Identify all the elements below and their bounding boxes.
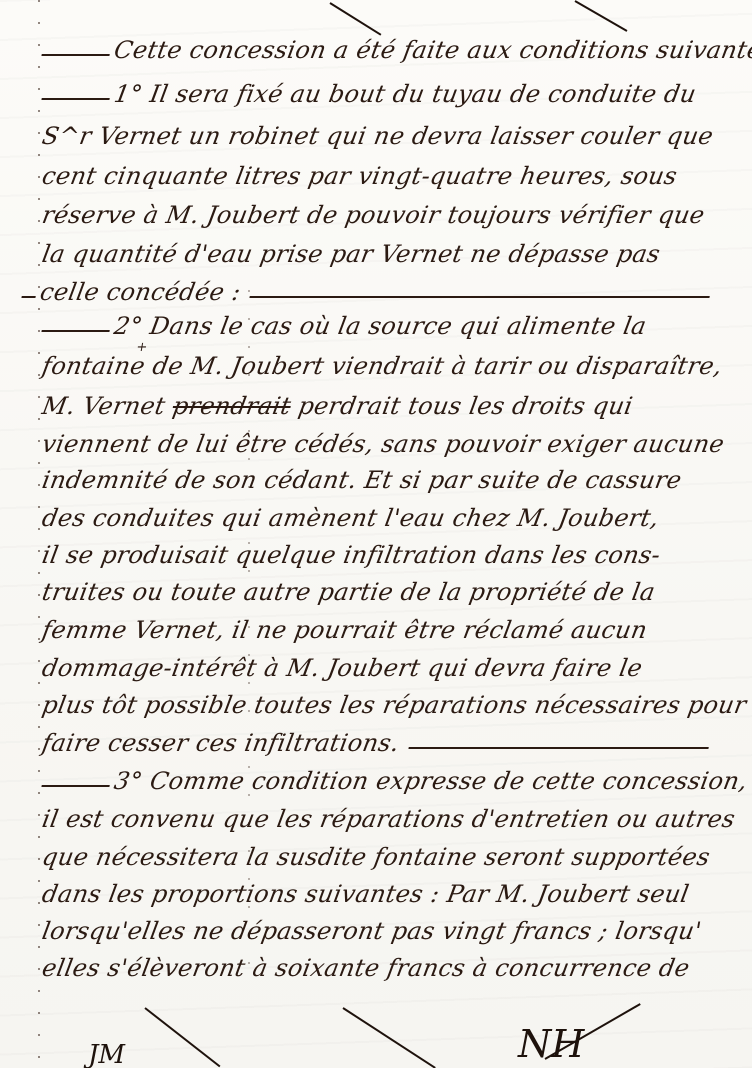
initials-right: NH [518, 1022, 584, 1066]
line-22: que nécessitera la susdite fontaine sero… [40, 843, 712, 871]
line-9: fontaine de M. Joubert viendrait à tarir… [40, 352, 724, 380]
line-25: elles s'élèveront à soixante francs à co… [40, 954, 692, 982]
margin-dash [21, 296, 35, 298]
leader-dash [41, 54, 109, 56]
line-19: faire cesser ces infiltrations. [40, 729, 712, 757]
trailing-rule [408, 747, 708, 749]
line-2: 1° Il sera fixé au bout du tuyau de cond… [40, 80, 698, 108]
line-12: indemnité de son cédant. Et si par suite… [40, 466, 684, 494]
line-6: la quantité d'eau prise par Vernet ne dé… [40, 240, 662, 268]
line-17: dommage-intérêt à M. Joubert qui devra f… [40, 654, 645, 682]
struck-word: prendrait [171, 392, 294, 420]
line-11: viennent de lui être cédés, sans pouvoir… [40, 430, 726, 458]
line-14: il se produisait quelque infiltration da… [40, 541, 663, 569]
line-23: dans les proportions suivantes : Par M. … [40, 880, 691, 908]
line-24: lorsqu'elles ne dépasseront pas vingt fr… [40, 917, 704, 945]
line-15: truites ou toute autre partie de la prop… [40, 578, 657, 606]
line-8: 2° Dans le cas où la source qui alimente… [40, 312, 649, 340]
leader-dash [41, 330, 109, 332]
line-7: celle concédée : [20, 278, 713, 306]
manuscript-page: Cette concession a été faite aux conditi… [0, 0, 752, 1068]
line-1: Cette concession a été faite aux conditi… [40, 36, 752, 64]
line-21: il est convenu que les réparations d'ent… [40, 805, 737, 833]
trailing-rule [250, 296, 710, 298]
line-20: 3° Comme condition expresse de cette con… [40, 767, 750, 795]
line-18: plus tôt possible toutes les réparations… [40, 691, 749, 719]
line-16: femme Vernet, il ne pourrait être réclam… [40, 616, 650, 644]
line-4: cent cinquante litres par vingt-quatre h… [40, 162, 679, 190]
line-13: des conduites qui amènent l'eau chez M. … [40, 504, 661, 532]
leader-dash [41, 98, 109, 100]
line-3: S^r Vernet un robinet qui ne devra laiss… [40, 122, 716, 150]
line-5: réserve à M. Joubert de pouvoir toujours… [40, 201, 707, 229]
initials-left: JM [88, 1040, 125, 1068]
line-10: M. Vernet prendrait perdrait tous les dr… [40, 392, 635, 420]
leader-dash [41, 785, 109, 787]
